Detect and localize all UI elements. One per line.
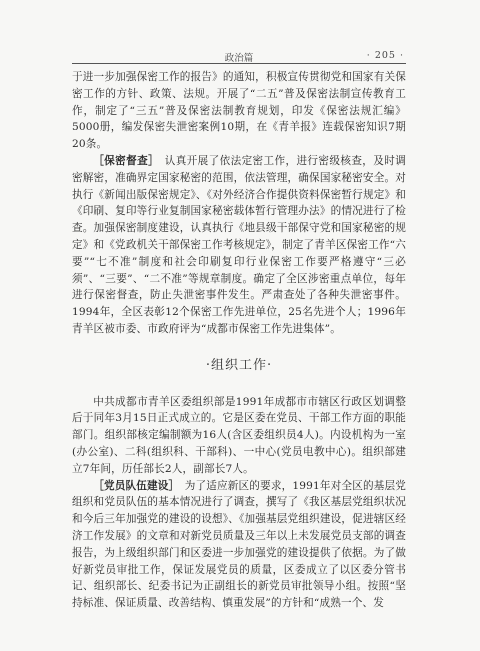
- section-heading: ·组织工作·: [72, 358, 406, 375]
- paragraph-text: 为了适应新区的要求，1991年对全区的基层党组织和党员队伍的基本情况进行了调查，…: [72, 480, 406, 610]
- subsection-keyword: ［党员队伍建设］: [93, 480, 174, 492]
- paragraph-party-member-building: ［党员队伍建设］ 为了适应新区的要求，1991年对全区的基层党组织和党员队伍的基…: [72, 478, 406, 612]
- chapter-title: 政治篇: [72, 50, 406, 64]
- paragraph-continuation: 于进一步加强保密工作的报告》的通知，积极宣传贯彻党和国家有关保密工作的方针、政策…: [72, 69, 406, 153]
- paragraph-organization-intro: 中共成都市青羊区委组织部是1991年成都市市辖区行政区划调整后于同年3月15日正…: [72, 394, 406, 478]
- document-page: 政治篇 · 205 · 于进一步加强保密工作的报告》的通知，积极宣传贯彻党和国家…: [72, 50, 406, 612]
- running-header: 政治篇 · 205 ·: [72, 50, 406, 63]
- paragraph-secrecy-supervision: ［保密督查］ 认真开展了依法定密工作，进行密级核查，及时调密解密，准确界定国家秘…: [72, 153, 406, 338]
- paragraph-text: 认真开展了依法定密工作，进行密级核查，及时调密解密，准确界定国家秘密的范围，依法…: [72, 155, 406, 335]
- page-number: · 205 ·: [367, 50, 404, 61]
- body-text: 于进一步加强保密工作的报告》的通知，积极宣传贯彻党和国家有关保密工作的方针、政策…: [72, 69, 406, 612]
- subsection-keyword: ［保密督查］: [93, 155, 154, 167]
